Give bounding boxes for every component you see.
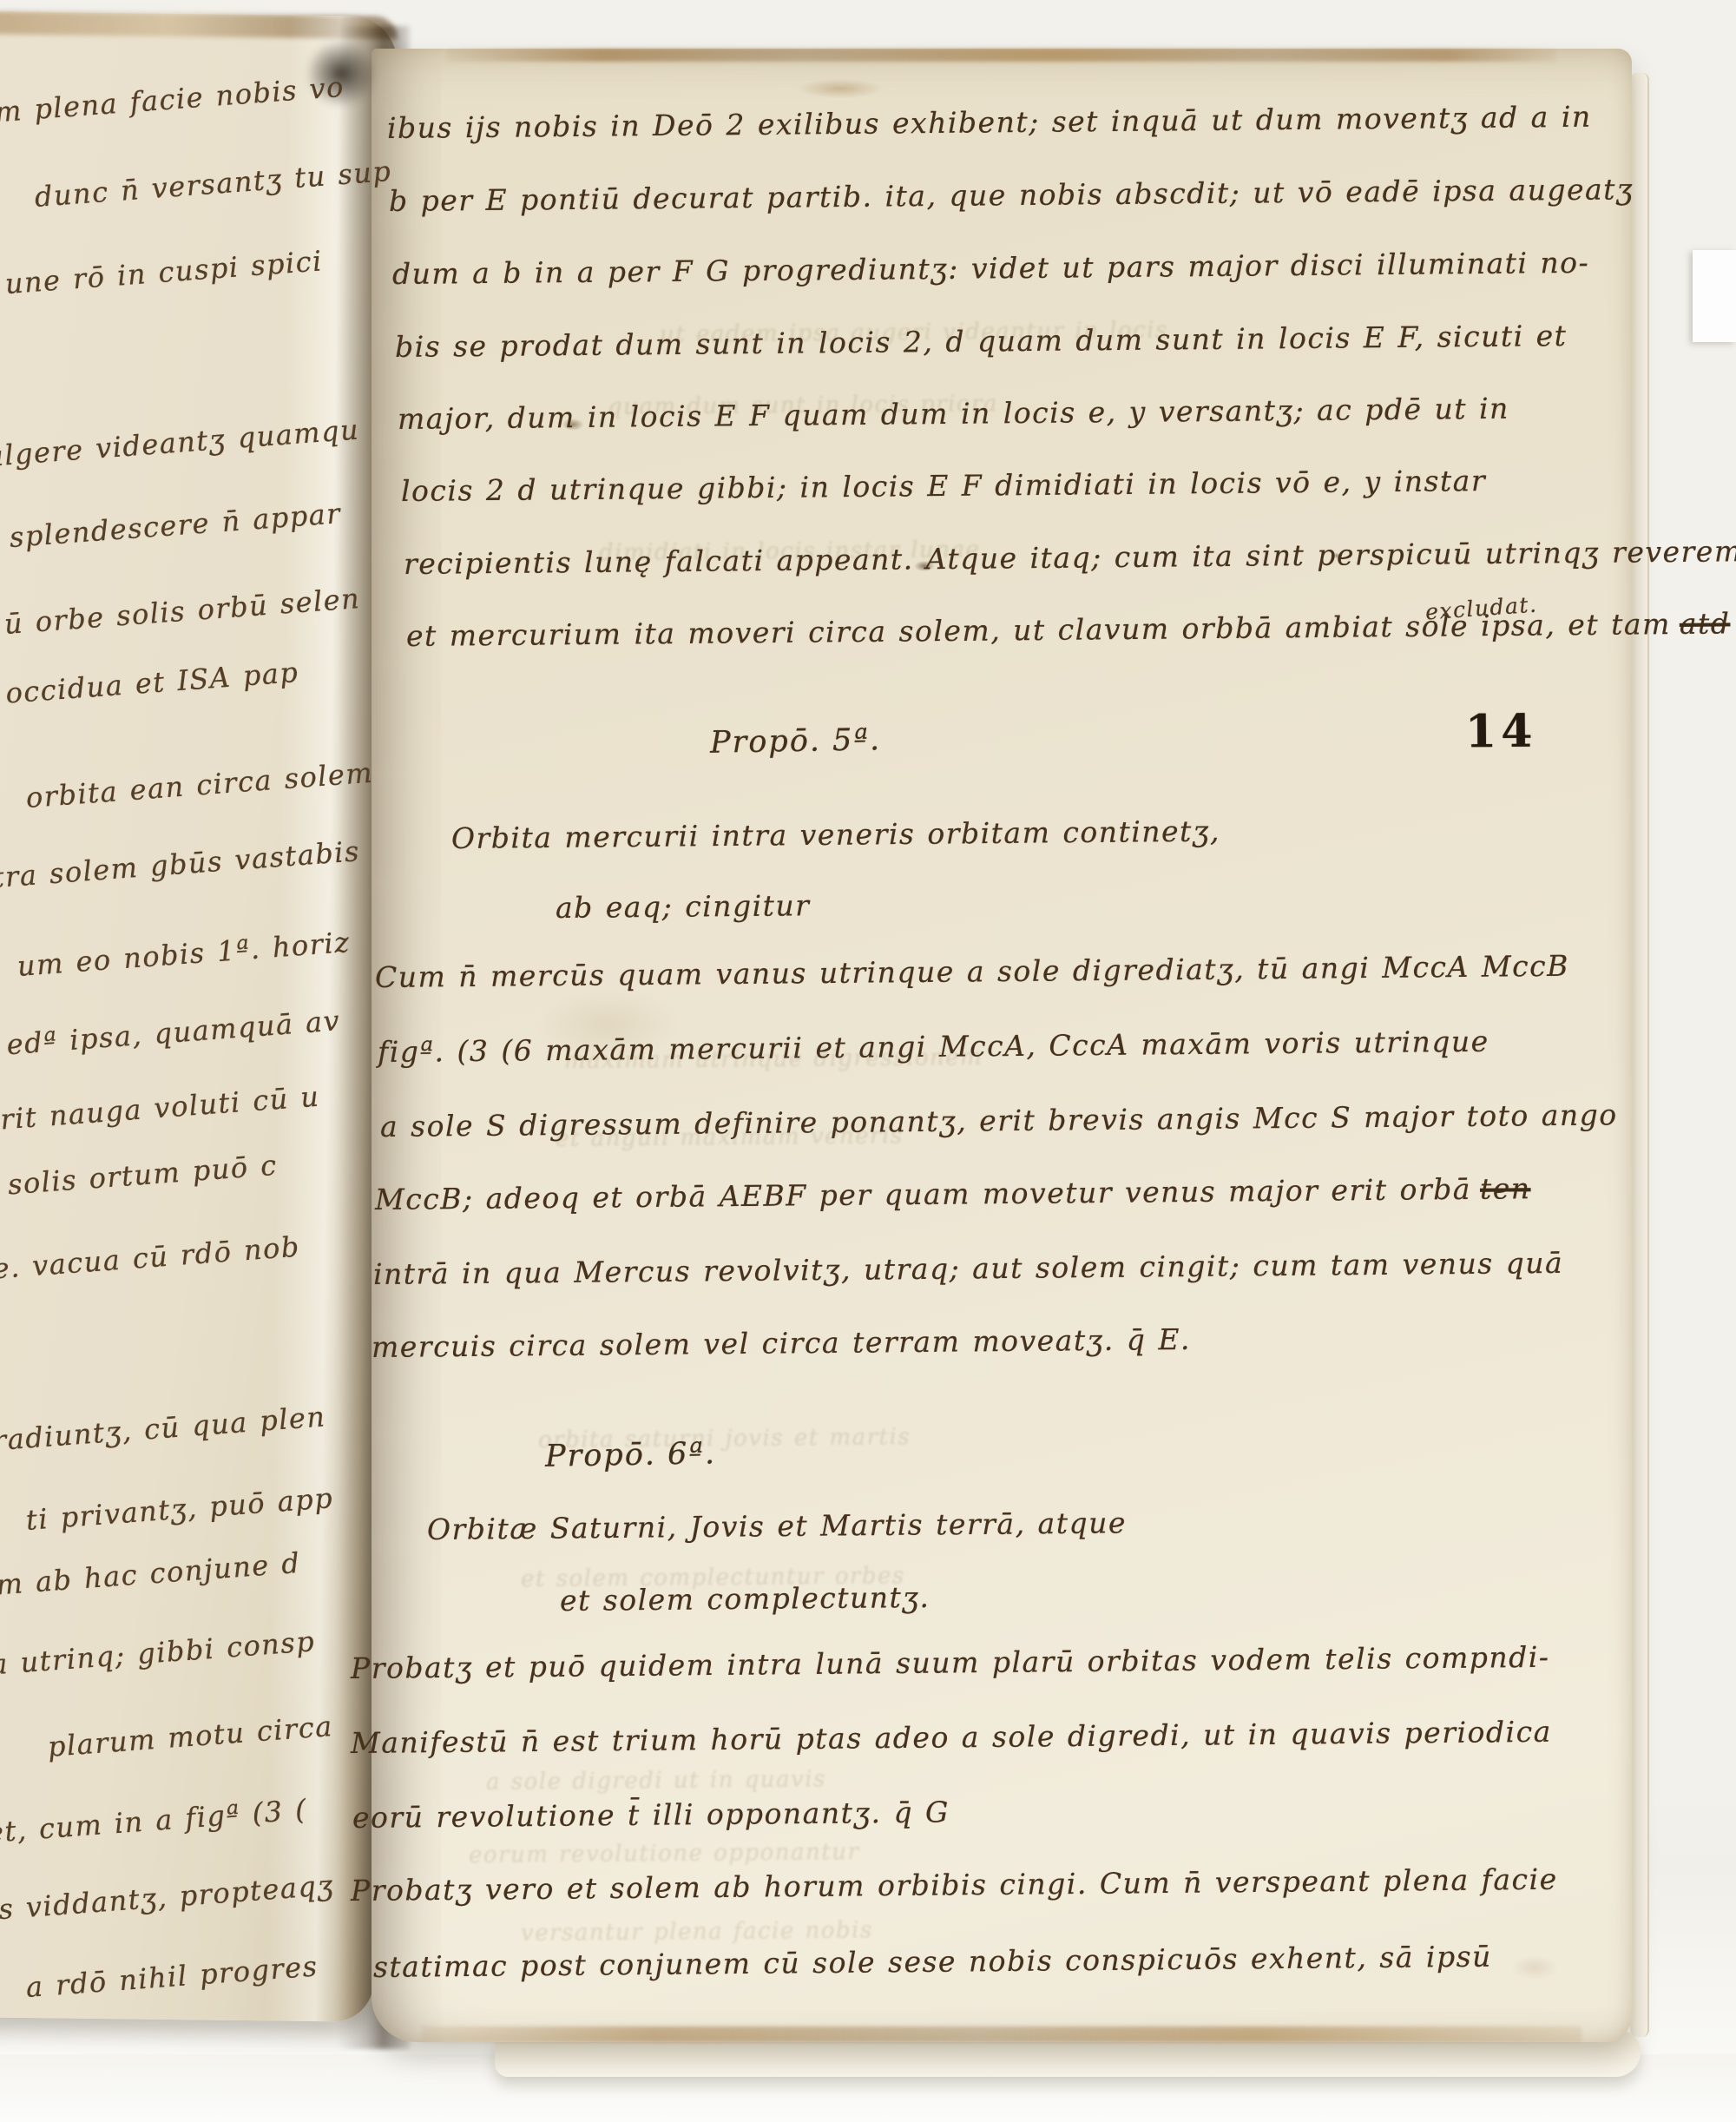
interlinear-insertions: excludat.: [0, 0, 1736, 2122]
manuscript-photo: ut eadem ipsa augeri videantur in locisq…: [0, 0, 1736, 2122]
manuscript-line: excludat.: [1424, 592, 1538, 625]
